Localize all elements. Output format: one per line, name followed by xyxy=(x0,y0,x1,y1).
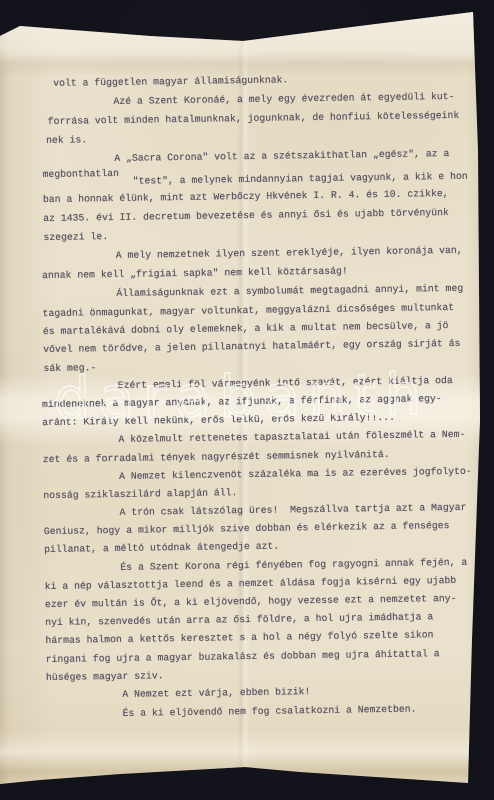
photo-of-document: volt a független magyar államiságunknak.… xyxy=(0,0,494,800)
typed-text: volt a független magyar államiságunknak.… xyxy=(0,71,494,727)
typewritten-page: volt a független magyar államiságunknak.… xyxy=(0,0,494,800)
